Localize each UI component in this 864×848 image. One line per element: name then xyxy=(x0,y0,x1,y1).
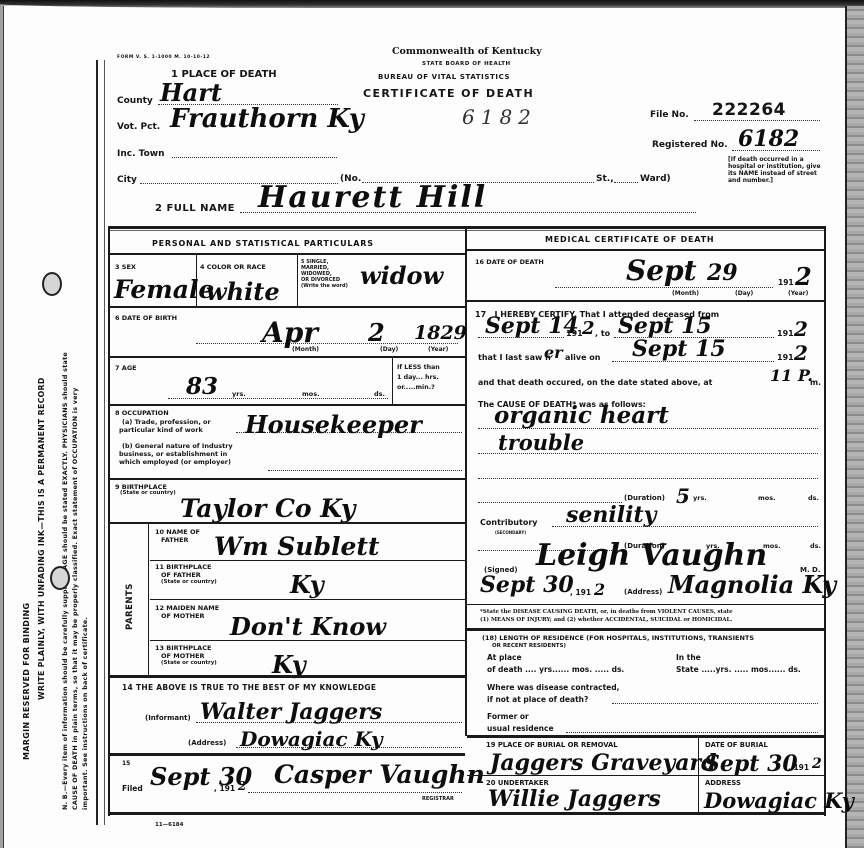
to-label: , to xyxy=(595,329,610,338)
contributory-value: senility xyxy=(566,502,656,528)
where-contracted-2: if not at place of death? xyxy=(487,695,588,704)
attended-from-year-suffix: 2 xyxy=(582,318,595,339)
dob-month-caption: (Month) xyxy=(292,346,319,353)
cause-line-1: organic heart xyxy=(494,402,669,429)
file-no-label: File No. xyxy=(650,110,689,120)
undertaker-address-value: Dowagiac Ky xyxy=(704,788,854,813)
contributory-label: Contributory xyxy=(480,518,537,527)
filed-date: Sept 30 xyxy=(150,762,252,791)
certificate-title: CERTIFICATE OF DEATH xyxy=(363,87,534,100)
form-number: FORM V. S. 1-1000 M. 10-10-12 xyxy=(117,55,210,60)
mother-birthplace-label: 13 BIRTHPLACE OF MOTHER (State or countr… xyxy=(155,645,217,668)
death-time-m: m. xyxy=(810,378,821,387)
file-no-line xyxy=(694,120,820,121)
dob-year: 1829 xyxy=(414,322,467,344)
father-birthplace-value: Ky xyxy=(290,570,324,599)
last-saw-date: Sept 15 xyxy=(632,336,726,362)
occupation-value: Housekeeper xyxy=(245,410,422,439)
nb-instructions-line-2: CAUSE OF DEATH in plain terms, so that i… xyxy=(72,387,79,810)
informant-label: (Informant) xyxy=(145,714,191,722)
cause-line-3-rule xyxy=(478,478,818,479)
handwritten-cert-number: 6182 xyxy=(462,105,537,129)
full-name-label: 2 FULL NAME xyxy=(155,203,235,214)
signed-year-suffix: 2 xyxy=(594,580,605,599)
cause-footnote: *State the DISEASE CAUSING DEATH, or, in… xyxy=(480,608,733,624)
occ-a-line-2: particular kind of work xyxy=(119,426,211,434)
city-label: City xyxy=(117,175,137,185)
signed-date: Sept 30 xyxy=(480,572,574,598)
parents-column-divider xyxy=(148,524,149,676)
informant-address-value: Dowagiac Ky xyxy=(240,727,383,751)
duration-label: (Duration) xyxy=(624,494,665,502)
medical-heading: MEDICAL CERTIFICATE OF DEATH xyxy=(545,235,714,244)
dob-day: 2 xyxy=(368,318,385,347)
duration-years: 5 xyxy=(676,484,690,508)
sex-label: 3 SEX xyxy=(115,263,136,271)
dod-month: Sept xyxy=(626,254,697,287)
file-no-value: 222264 xyxy=(712,100,786,120)
occupation-b-line xyxy=(268,470,462,471)
attended-to-year-suffix: 2 xyxy=(794,317,808,341)
paper-top-edge xyxy=(0,0,864,8)
row-rule-dob xyxy=(110,306,465,308)
residence-top-rule xyxy=(467,628,824,631)
duration-yrs-label: yrs. xyxy=(693,494,707,502)
dod-day: 29 xyxy=(707,260,738,286)
dod-year-suffix: 2 xyxy=(795,262,812,291)
dob-label: 6 DATE OF BIRTH xyxy=(115,314,177,322)
medical-heading-rule xyxy=(467,249,824,251)
marital-label-write: (Write the word) xyxy=(301,283,348,289)
occupation-label: 8 OCCUPATION xyxy=(115,409,169,417)
signed-year-prefix: , 191 xyxy=(570,588,591,597)
burial-place-value: Jaggers Graveyard xyxy=(490,750,717,776)
filed-number: 15 xyxy=(122,760,130,767)
last-saw-prefix: that I last saw h xyxy=(478,353,551,362)
dob-year-caption: (Year) xyxy=(428,346,448,353)
age-mos-label: mos. xyxy=(302,390,320,398)
dod-year-prefix: 191 xyxy=(778,278,794,287)
dod-year-caption: (Year) xyxy=(788,290,808,297)
row-rule-mother-name xyxy=(150,599,465,600)
at-place-label: At place xyxy=(487,653,522,662)
burial-mid-rule xyxy=(467,775,824,776)
cause-footnote-line-2: (1) MEANS OF INJURY; and (2) whether ACC… xyxy=(480,616,733,624)
undertaker-value: Willie Jaggers xyxy=(488,786,661,812)
attended-from-year: 191 xyxy=(566,329,583,338)
residence-label-2: OR RECENT RESIDENTS) xyxy=(492,642,754,650)
birthplace-value: Taylor Co Ky xyxy=(180,494,355,523)
race-label: 4 COLOR OR RACE xyxy=(200,263,266,271)
ward-line xyxy=(614,182,638,183)
personal-heading-rule xyxy=(110,253,465,255)
registered-no-value: 6182 xyxy=(738,126,799,152)
inc-town-label: Inc. Town xyxy=(117,149,165,159)
last-saw-year-suffix: 2 xyxy=(794,341,808,365)
physician-address: Magnolia Ky xyxy=(668,570,836,599)
mother-name-value: Don't Know xyxy=(230,612,386,641)
former-residence-line xyxy=(566,732,818,733)
dod-label: 16 DATE OF DEATH xyxy=(475,258,544,266)
footer-code: 11—6184 xyxy=(155,822,183,828)
residence-label-1: (18) LENGTH OF RESIDENCE (FOR HOSPITALS,… xyxy=(482,634,754,642)
former-residence-1: Former or xyxy=(487,712,529,721)
age-yrs-label: yrs. xyxy=(232,390,246,398)
race-value: white xyxy=(206,277,280,306)
mother-name-label-2: OF MOTHER xyxy=(161,612,219,620)
dod-month-caption: (Month) xyxy=(672,290,699,297)
age-ds-label: ds. xyxy=(374,390,385,398)
age-line xyxy=(168,398,388,399)
row-rule-informant xyxy=(110,675,465,678)
duration-ds-label: ds. xyxy=(808,494,819,502)
dob-day-caption: (Day) xyxy=(380,346,398,353)
registrar-label: REGISTRAR xyxy=(422,796,454,802)
row-rule-parents xyxy=(110,522,465,524)
personal-heading: PERSONAL AND STATISTICAL PARTICULARS xyxy=(152,239,374,248)
vot-pct-label: Vot. Pct. xyxy=(117,122,160,132)
last-saw-year: 191 xyxy=(777,353,794,362)
death-occurred-text: and that death occured, on the date stat… xyxy=(478,378,712,387)
state-board-heading: STATE BOARD OF HEALTH xyxy=(422,61,511,67)
cause-footnote-line-1: *State the DISEASE CAUSING DEATH, or, in… xyxy=(480,608,733,616)
right-frame-line xyxy=(824,226,826,816)
mother-bp-label-3: (State or country) xyxy=(161,660,217,668)
residence-label: (18) LENGTH OF RESIDENCE (FOR HOSPITALS,… xyxy=(482,634,754,650)
dob-month: Apr xyxy=(262,316,318,349)
father-name-value: Wm Sublett xyxy=(214,532,379,561)
binding-hole-bottom xyxy=(50,566,70,590)
birthplace-sub-label: (State or country) xyxy=(120,490,176,496)
filed-year-suffix: 2 xyxy=(238,779,246,793)
margin-reserved-text: MARGIN RESERVED FOR BINDING xyxy=(22,603,31,760)
age-years: 83 xyxy=(186,373,218,400)
state-line: State .....yrs. ..... mos...... ds. xyxy=(676,665,801,674)
in-the-label: In the xyxy=(676,653,701,662)
burial-year-suffix: 2 xyxy=(812,756,822,772)
filed-label: Filed xyxy=(122,784,143,793)
father-name-label-1: 10 NAME OF xyxy=(155,528,200,536)
registered-no-label: Registered No. xyxy=(652,140,728,150)
full-name-value: Haurett Hill xyxy=(258,180,487,215)
row-rule-mother-bp xyxy=(150,640,465,641)
former-residence-2: usual residence xyxy=(487,724,554,733)
father-bp-label-3: (State or country) xyxy=(161,579,217,587)
less-than-day: If LESS than 1 day... hrs. or.....min.? xyxy=(397,363,440,393)
contributory-ds-label: ds. xyxy=(810,542,821,550)
row-rule-birthplace xyxy=(110,478,465,480)
marital-label: 5 SINGLE, MARRIED, WIDOWED, OR DIVORCED … xyxy=(301,259,348,289)
footnote-top-rule xyxy=(467,604,824,605)
informant-value: Walter Jaggers xyxy=(200,699,382,725)
marital-value: widow xyxy=(360,261,443,290)
age-less-divider xyxy=(392,358,393,404)
burial-place-label: 19 PLACE OF BURIAL OR REMOVAL xyxy=(486,741,618,749)
paper-right-edge xyxy=(845,6,864,848)
inc-town-line xyxy=(172,157,337,158)
father-name-label-2: FATHER xyxy=(161,536,200,544)
less-than-line-1: If LESS than xyxy=(397,363,440,373)
where-contracted-line xyxy=(612,703,818,704)
hospital-note: [If death occurred in a hospital or inst… xyxy=(728,156,828,184)
secondary-label: (SECONDARY) xyxy=(495,530,526,535)
row-rule-filed xyxy=(110,753,465,756)
section-top-rule xyxy=(108,226,826,229)
father-name-label: 10 NAME OF FATHER xyxy=(155,528,200,544)
death-time: 11 P. xyxy=(770,366,813,385)
row-rule-occupation xyxy=(110,404,465,406)
attended-to-year: 191 xyxy=(777,329,794,338)
parents-label: PARENTS xyxy=(125,583,135,630)
cause-line-2: trouble xyxy=(498,430,584,455)
occ-b-line-3: which employed (or employer) xyxy=(119,458,233,466)
center-divider xyxy=(465,226,467,736)
burial-year-prefix: , 191 xyxy=(788,763,809,772)
less-than-line-3: or.....min.? xyxy=(397,383,440,393)
bureau-heading: BUREAU OF VITAL STATISTICS xyxy=(378,73,510,81)
occ-b-line-2: business, or establishment in xyxy=(119,450,233,458)
nb-instructions-line-3: important. See instructions on back of c… xyxy=(82,617,89,810)
binding-margin-line xyxy=(96,60,98,825)
sex-value: Female xyxy=(114,275,214,304)
informant-address-label: (Address) xyxy=(188,739,226,747)
father-birthplace-label: 11 BIRTHPLACE OF FATHER (State or countr… xyxy=(155,564,217,587)
county-label: County xyxy=(117,96,153,106)
registrar-name: Casper Vaughn xyxy=(274,760,485,789)
of-death-line: of death .... yrs...... mos. ..... ds. xyxy=(487,665,624,674)
row-rule-age xyxy=(110,356,465,358)
duration-mos-label: mos. xyxy=(758,494,776,502)
left-frame-line xyxy=(108,226,110,816)
father-bp-label-2: OF FATHER xyxy=(161,572,217,580)
county-value: Hart xyxy=(160,78,222,107)
attended-from-date: Sept 14 xyxy=(485,313,579,339)
occupation-b-label: (b) General nature of Industry business,… xyxy=(122,442,233,466)
filed-year-prefix: , 191 xyxy=(214,784,235,793)
burial-top-rule xyxy=(467,735,824,738)
street-label: St., xyxy=(596,174,614,184)
burial-date-label: DATE OF BURIAL xyxy=(705,741,768,749)
burial-date-value: Sept 30 xyxy=(704,751,798,777)
section-top-rule-thin xyxy=(108,230,826,231)
registrar-line xyxy=(248,792,462,793)
binding-hole-top xyxy=(42,272,62,296)
physician-address-label: (Address) xyxy=(624,588,662,596)
physician-signature: Leigh Vaughn xyxy=(536,538,767,573)
ward-label: Ward) xyxy=(640,174,671,184)
binding-margin-line-inner xyxy=(104,60,105,825)
vot-pct-value: Frauthorn Ky xyxy=(170,104,364,134)
mother-name-label: 12 MAIDEN NAME OF MOTHER xyxy=(155,604,219,620)
informant-statement: 14 THE ABOVE IS TRUE TO THE BEST OF MY K… xyxy=(122,683,376,692)
mother-name-label-1: 12 MAIDEN NAME xyxy=(155,604,219,612)
row-rule-certify xyxy=(467,300,824,302)
occupation-a-label: (a) Trade, profession, or particular kin… xyxy=(122,418,211,434)
undertaker-address-label: ADDRESS xyxy=(705,779,741,787)
occ-a-line-1: (a) Trade, profession, or xyxy=(122,418,211,426)
last-saw-pronoun: er xyxy=(544,343,563,362)
where-contracted-1: Where was disease contracted, xyxy=(487,683,620,692)
age-label: 7 AGE xyxy=(115,364,137,372)
mother-bp-label-2: OF MOTHER xyxy=(161,653,217,661)
row-rule-father-bp xyxy=(150,560,465,561)
less-than-line-2: 1 day... hrs. xyxy=(397,373,440,383)
last-saw-mid: alive on xyxy=(565,353,601,362)
dod-line xyxy=(555,287,773,288)
write-plainly-text: WRITE PLAINLY, WITH UNFADING INK—THIS IS… xyxy=(37,377,46,700)
dod-day-caption: (Day) xyxy=(735,290,753,297)
occ-b-line-1: (b) General nature of Industry xyxy=(122,442,233,450)
race-marital-divider xyxy=(297,255,298,306)
commonwealth-heading: Commonwealth of Kentucky xyxy=(392,46,542,57)
